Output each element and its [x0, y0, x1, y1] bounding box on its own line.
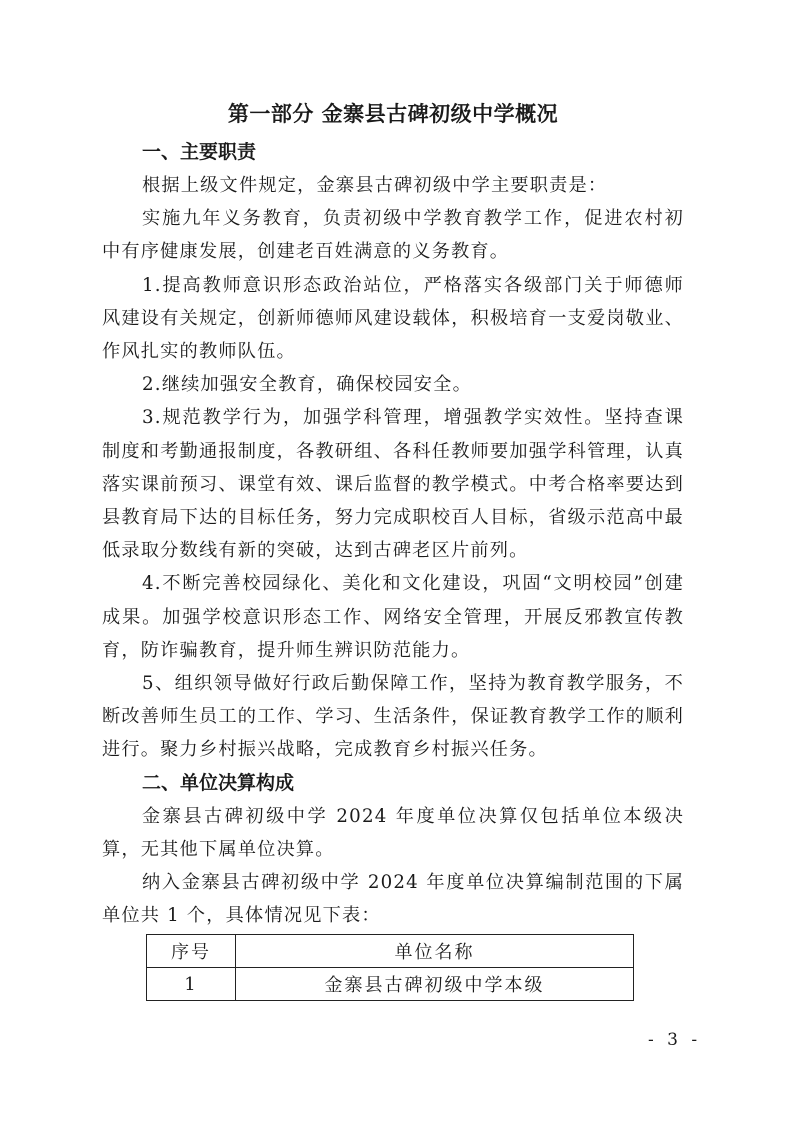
- column-header-unit-name: 单位名称: [236, 935, 634, 968]
- section-heading-composition: 二、单位决算构成: [102, 767, 684, 800]
- table-header-row: 序号 单位名称: [147, 935, 634, 968]
- cell-unit-name: 金寨县古碑初级中学本级: [236, 968, 634, 1001]
- table-row: 1 金寨县古碑初级中学本级: [147, 968, 634, 1001]
- cell-index: 1: [147, 968, 236, 1001]
- page-number: - 3 -: [648, 1030, 701, 1050]
- paragraph: 2.继续加强安全教育，确保校园安全。: [102, 368, 684, 401]
- paragraph: 金寨县古碑初级中学 2024 年度单位决算仅包括单位本级决算，无其他下属单位决算…: [102, 800, 684, 866]
- paragraph: 5、组织领导做好行政后勤保障工作，坚持为教育教学服务，不断改善师生员工的工作、学…: [102, 667, 684, 767]
- paragraph: 4.不断完善校园绿化、美化和文化建设，巩固“文明校园”创建成果。加强学校意识形态…: [102, 567, 684, 667]
- page-title: 第一部分 金寨县古碑初级中学概况: [102, 96, 684, 132]
- document-page: 第一部分 金寨县古碑初级中学概况 一、主要职责 根据上级文件规定，金寨县古碑初级…: [102, 96, 684, 1001]
- paragraph: 实施九年义务教育，负责初级中学教育教学工作，促进农村初中有序健康发展，创建老百姓…: [102, 202, 684, 268]
- units-table: 序号 单位名称 1 金寨县古碑初级中学本级: [146, 934, 634, 1001]
- paragraph: 根据上级文件规定，金寨县古碑初级中学主要职责是：: [102, 169, 684, 202]
- paragraph: 3.规范教学行为，加强学科管理，增强教学实效性。坚持查课制度和考勤通报制度，各教…: [102, 401, 684, 567]
- paragraph: 1.提高教师意识形态政治站位，严格落实各级部门关于师德师风建设有关规定，创新师德…: [102, 269, 684, 369]
- paragraph: 纳入金寨县古碑初级中学 2024 年度单位决算编制范围的下属单位共 1 个，具体…: [102, 866, 684, 932]
- column-header-index: 序号: [147, 935, 236, 968]
- section-heading-duties: 一、主要职责: [102, 136, 684, 169]
